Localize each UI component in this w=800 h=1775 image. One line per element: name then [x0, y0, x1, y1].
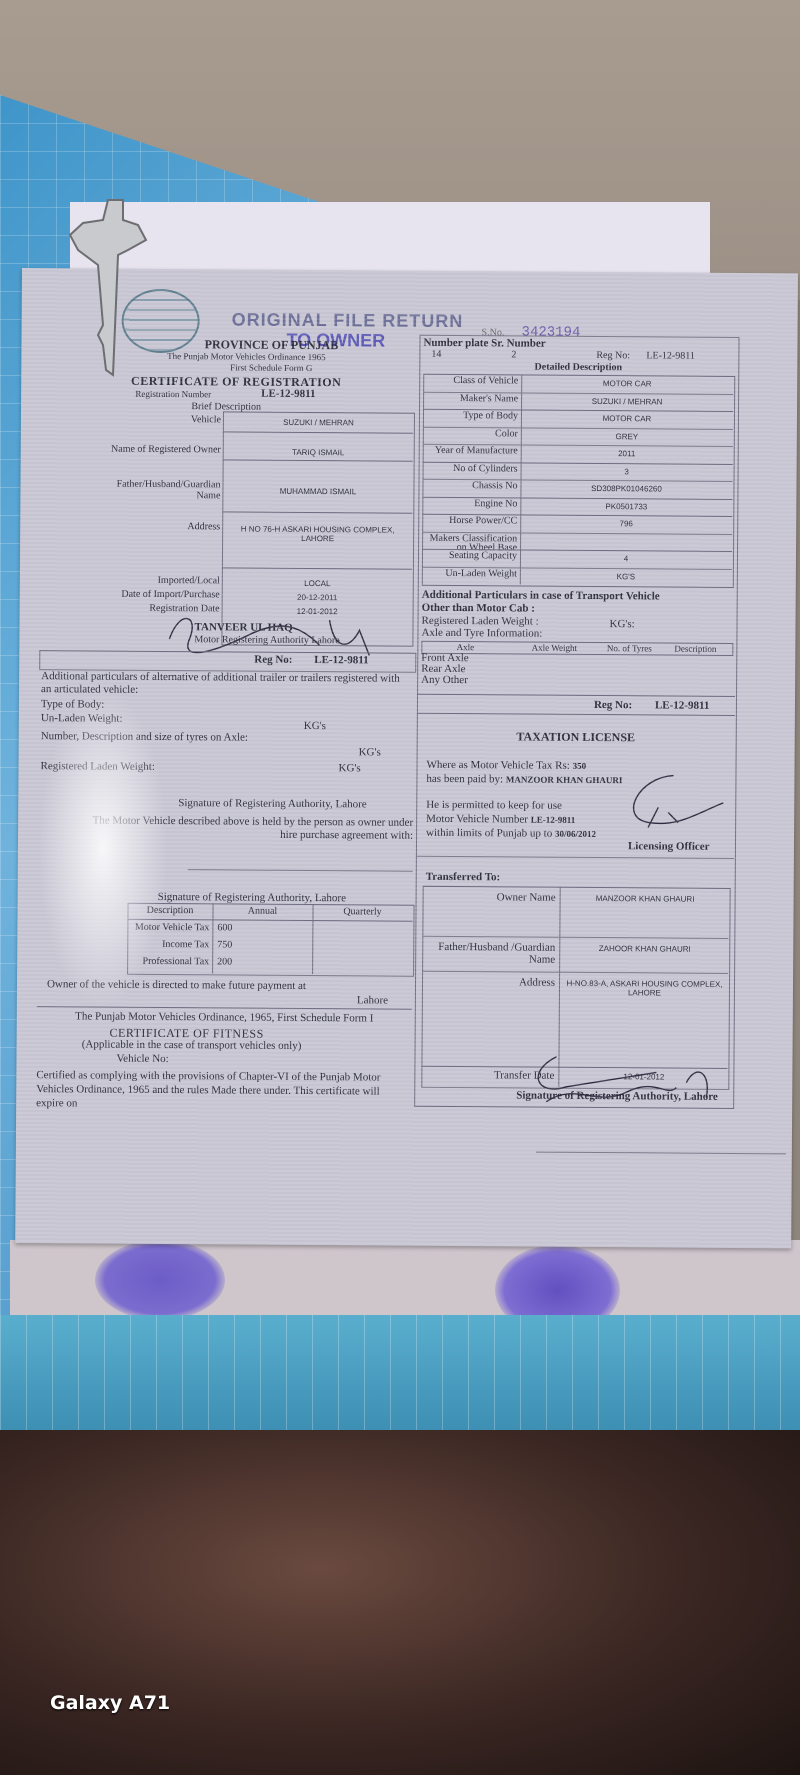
purchase-date-value: 20-12-2011: [225, 592, 410, 602]
detail-value: SUZUKI / MEHRAN: [523, 396, 731, 406]
father-label: Father/Husband/Guardian Name: [100, 479, 220, 502]
taxation-title: TAXATION LICENSE: [417, 729, 735, 746]
permit-number: LE-12-9811: [531, 815, 576, 825]
transfer-owner-label: Owner Name: [423, 891, 556, 904]
detail-value: GREY: [523, 431, 731, 441]
plate-sr2: 2: [511, 349, 516, 360]
detail-value: MOTOR CAR: [523, 414, 731, 424]
trailer-body-type: Type of Body:: [41, 698, 104, 710]
owner-label: Name of Registered Owner: [31, 443, 221, 455]
trailer-unladen: Un-Laden Weight:: [41, 712, 123, 725]
detail-label: Year of Manufacture: [423, 446, 518, 456]
reg-number: LE-12-9811: [261, 388, 315, 400]
detail-value: 796: [522, 518, 730, 528]
paid-by-label: has been paid by:: [426, 773, 503, 786]
laden-label: Registered Laden Weight :: [422, 615, 539, 628]
address-value: H NO 76-H ASKARI HOUSING COMPLEX, LAHORE: [225, 524, 410, 543]
payment-note: Owner of the vehicle is directed to make…: [47, 978, 306, 992]
detail-label: Chassis No: [422, 481, 517, 491]
trailer-reg-label: Reg No:: [254, 654, 292, 666]
registration-document: ORIGINAL FILE RETURN TO OWNER S.No. 3423…: [15, 268, 798, 1248]
detail-label: Un-Laden Weight: [422, 568, 517, 578]
unit-text: KG's: [304, 720, 326, 732]
transfer-signature-icon: [516, 1051, 736, 1113]
licensing-officer: Licensing Officer: [628, 840, 710, 853]
transfer-father-label: Father/Husband /Guardian Name: [422, 941, 555, 966]
axle-header: Axle Weight: [509, 642, 599, 653]
detail-value: PK0501733: [522, 501, 730, 511]
transport-subtitle: Other than Motor Cab :: [422, 602, 535, 615]
valid-to-date: 30/06/2012: [555, 829, 596, 839]
purchase-date-label: Date of Import/Purchase: [60, 588, 220, 600]
tax-amount: 350: [573, 761, 587, 771]
schedule-text: First Schedule Form G: [156, 362, 386, 374]
licensing-signature-icon: [618, 767, 728, 838]
tax-header-annual: Annual: [212, 905, 312, 917]
detail-label: Type of Body: [423, 411, 518, 421]
unit-text: KG's: [359, 746, 381, 758]
detail-label: Class of Vehicle: [423, 376, 518, 386]
tax-header-quarterly: Quarterly: [312, 906, 412, 918]
detail-label: No of Cylinders: [423, 463, 518, 473]
transfer-owner: MANZOOR KHAN GHAURI: [563, 894, 728, 904]
fitness-body: Certified as complying with the provisio…: [36, 1068, 401, 1113]
tax-reg-no: LE-12-9811: [655, 699, 709, 711]
address-label: Address: [100, 521, 220, 533]
transfer-signature-label: Signature of Registering Authority, Laho…: [516, 1089, 718, 1102]
laden-unit: KG's:: [609, 618, 634, 630]
tax-row-annual: 200: [217, 956, 277, 967]
detail-value: KG's: [522, 571, 730, 581]
owner-value: TARIQ ISMAIL: [226, 447, 411, 457]
transfer-title: Transferred To:: [426, 871, 501, 884]
axle-item: Any Other: [421, 674, 468, 686]
tax-row-label: Professional Tax: [127, 956, 209, 968]
thumbprint-left: [95, 1240, 225, 1320]
tax-row-label: Motor Vehicle Tax: [127, 922, 209, 934]
paid-by: MANZOOR KHAN GHAURI: [506, 774, 623, 785]
axle-header: Axle: [421, 642, 509, 653]
sleeve-edge: [0, 1315, 800, 1430]
plate-sr1: 14: [431, 349, 441, 360]
permit-line1: He is permitted to keep for use: [426, 799, 562, 812]
trailer-tyres: Number, Description and size of tyres on…: [41, 730, 248, 743]
hire-purchase-text: The Motor Vehicle described above is hel…: [78, 814, 413, 842]
transport-title: Additional Particulars in case of Transp…: [422, 589, 660, 603]
fitness-vehicle-no: Vehicle No:: [116, 1053, 168, 1065]
vehicle-value: SUZUKI / MEHRAN: [226, 417, 411, 427]
trailer-laden: Registered Laden Weight:: [40, 760, 154, 773]
stamp-original: ORIGINAL FILE RETURN: [232, 309, 464, 332]
permit-line2: Motor Vehicle Number: [426, 813, 528, 826]
fitness-subtitle: (Applicable in the case of transport veh…: [37, 1038, 347, 1052]
transfer-address: H-NO.83-A, ASKARI HOUSING COMPLEX, LAHOR…: [562, 979, 727, 998]
imported-value: LOCAL: [225, 578, 410, 588]
father-value: MUHAMMAD ISMAIL: [225, 486, 410, 496]
plate-reg-label: Reg No:: [596, 350, 630, 361]
trailer-signature: Signature of Registering Authority, Laho…: [178, 797, 366, 810]
tax-row-annual: 600: [217, 922, 277, 933]
detail-label: Seating Capacity: [422, 551, 517, 561]
detail-value: MOTOR CAR: [523, 379, 731, 389]
unit-text: KG's: [338, 762, 360, 774]
imported-label: Imported/Local: [100, 575, 220, 587]
detail-value: 3: [523, 466, 731, 476]
payment-place: Lahore: [357, 994, 388, 1006]
tax-row-annual: 750: [217, 939, 277, 950]
plate-label: Number plate Sr. Number: [423, 337, 545, 350]
tax-header-desc: Description: [127, 905, 212, 917]
vehicle-label: Vehicle: [61, 413, 221, 425]
key-icon: [68, 195, 148, 380]
detail-value: SD308PK01046260: [522, 483, 730, 493]
detail-label: Maker's Name: [423, 393, 518, 403]
detail-label: Engine No: [422, 498, 517, 508]
tax-reg-label: Reg No:: [594, 699, 632, 711]
axle-header: No. of Tyres: [599, 643, 659, 653]
hand-photo-area: [0, 1430, 800, 1775]
transfer-father: ZAHOOR KHAN GHAURI: [562, 944, 727, 954]
transfer-address-label: Address: [422, 976, 555, 989]
detailed-title: Detailed Description: [419, 361, 737, 374]
reg-number-label: Registration Number: [61, 388, 211, 399]
tax-line: Where as Motor Vehicle Tax Rs:: [426, 759, 569, 772]
trailer-intro: Additional particulars of alternative of…: [41, 670, 411, 699]
fitness-ordinance: The Punjab Motor Vehicles Ordinance, 196…: [32, 1010, 417, 1025]
tax-row-label: Income Tax: [127, 939, 209, 951]
detail-label: Color: [423, 428, 518, 438]
axle-header: Description: [659, 643, 731, 654]
camera-watermark: Galaxy A71: [50, 1692, 170, 1714]
permit-line3: within limits of Punjab up to: [426, 827, 552, 840]
axle-title: Axle and Tyre Information:: [421, 627, 542, 640]
plate-reg-no: LE-12-9811: [646, 350, 695, 361]
detail-value: 2011: [523, 449, 731, 459]
detail-value: 4: [522, 553, 730, 563]
detail-label: Horse Power/CC: [422, 516, 517, 526]
trailer-reg-no: LE-12-9811: [314, 654, 368, 666]
